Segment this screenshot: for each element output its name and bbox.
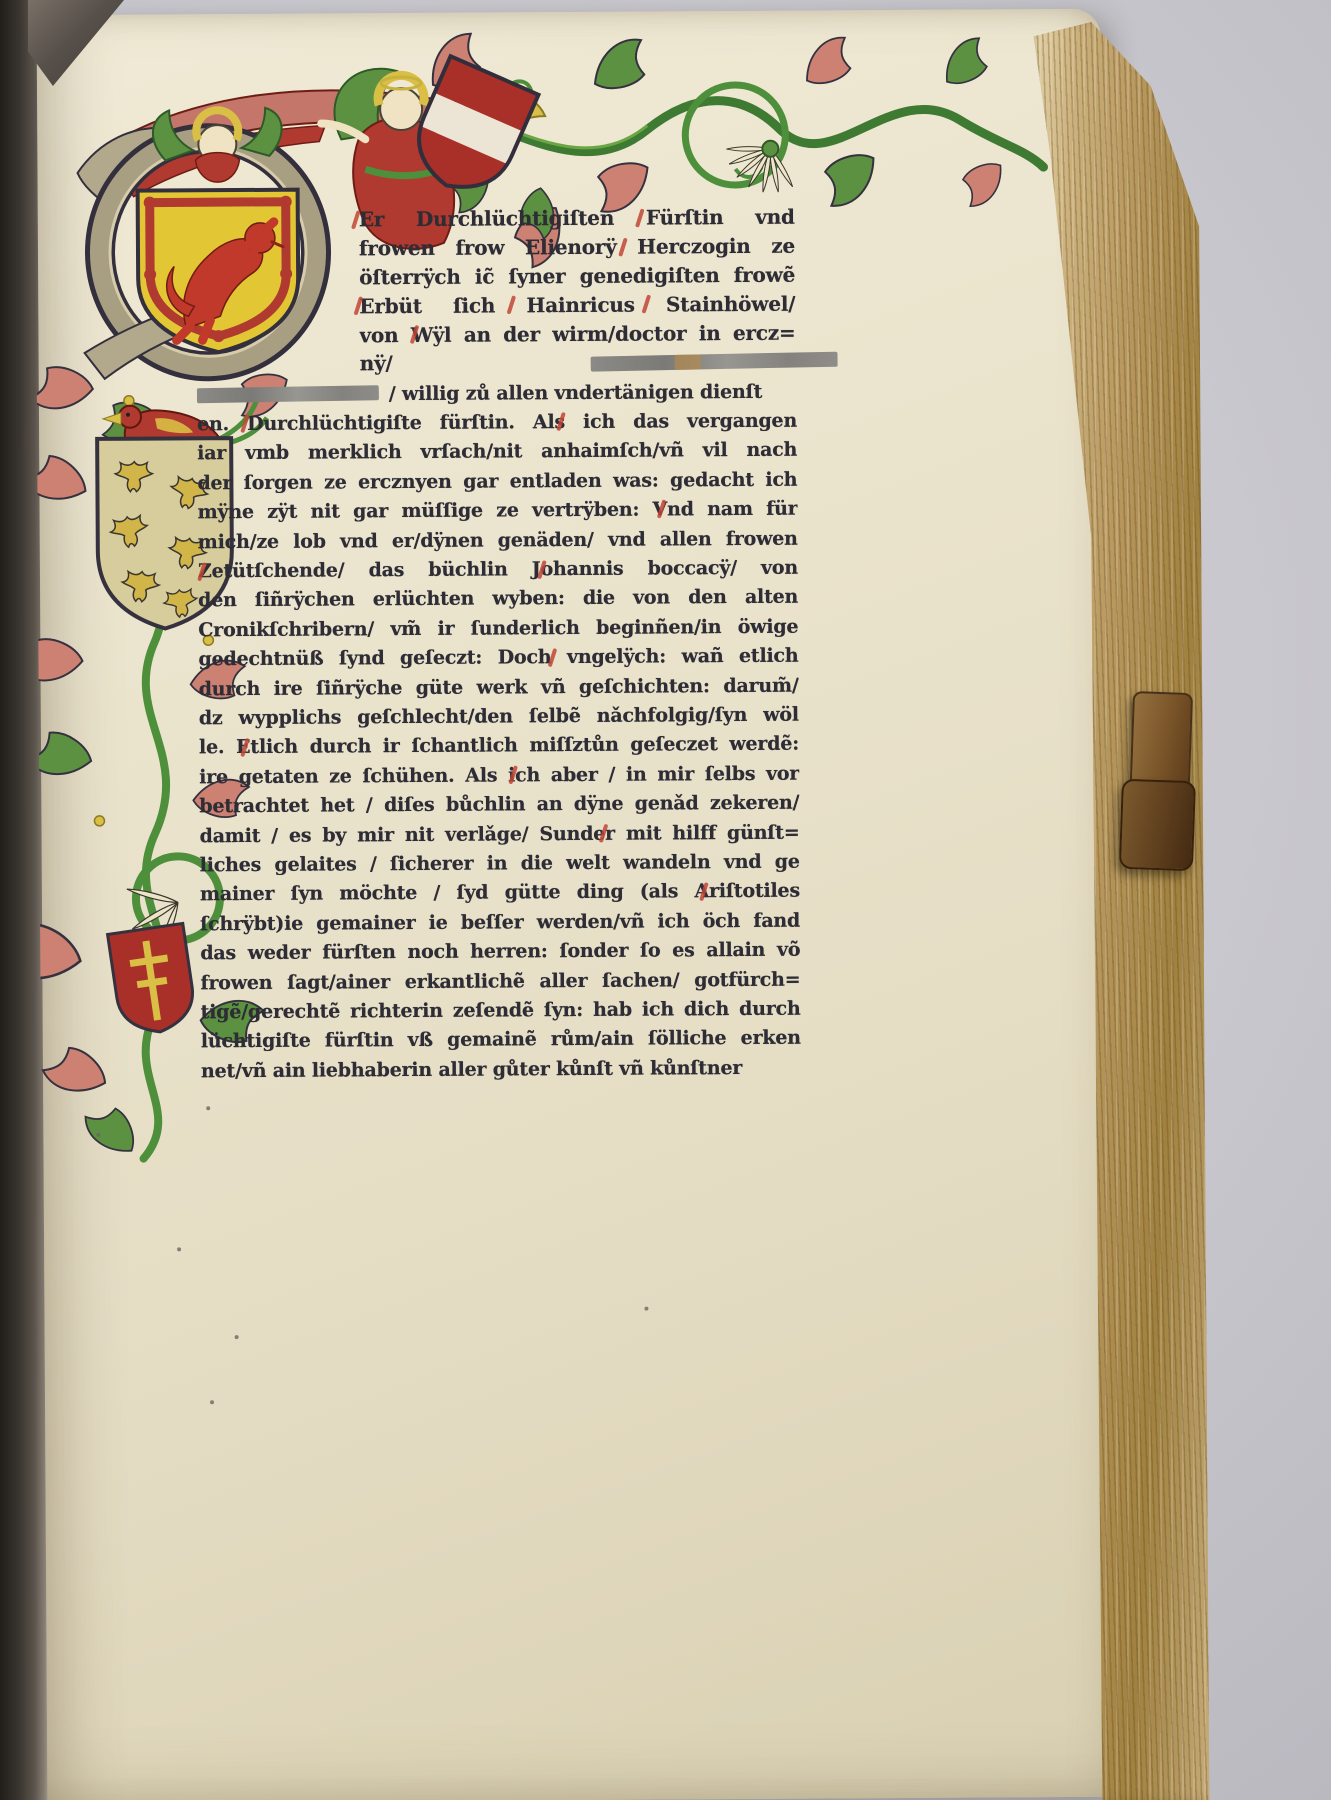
austria-shield bbox=[395, 56, 538, 221]
indent-text-block: Er Durchlüchtigiſten Fürſtin vndfrowen f… bbox=[359, 203, 796, 378]
line-text: damit / es by mir nit verlǎge/ Sunder mi… bbox=[199, 821, 799, 847]
line-text: der ſorgen ze ercznyen gar entladen was:… bbox=[197, 468, 797, 494]
line-text: le. Etlich durch ir ſchantlich miſſztůn … bbox=[199, 733, 799, 759]
text-line: mÿne zÿt nit gar müſſige ze vertrÿben: V… bbox=[197, 494, 797, 527]
initial-angel bbox=[153, 108, 282, 183]
text-line: le. Etlich durch ir ſchantlich miſſztůn … bbox=[199, 729, 799, 762]
text-line: / willig zů allen vndertänigen dienſt bbox=[197, 377, 797, 410]
text-line: gedechtnüß ſynd geſeczt: Doch vngelÿch: … bbox=[198, 641, 798, 674]
line-text: liches gelaites / ſicherer in die welt w… bbox=[200, 851, 800, 877]
text-line: öſterrÿch ic̃ ſyner genedigiſten frowẽ bbox=[359, 260, 795, 291]
body-text-block: / willig zů allen vndertänigen dienſten.… bbox=[197, 377, 801, 1086]
line-text: das weder fürſten noch herren: ſonder ſo… bbox=[200, 939, 800, 965]
lion-shield bbox=[138, 190, 299, 353]
paper-speck bbox=[177, 1247, 181, 1251]
photo-of-incunabulum: { "page_text": { "initial_letter": "D", … bbox=[0, 0, 1331, 1800]
line-text: ire getaten ze ſchühen. Als ich aber / i… bbox=[199, 762, 799, 788]
text-line: ſchrÿbt)ie gemainer ie beſſer werden/vñ … bbox=[200, 906, 800, 939]
book-page: D Er Durchlüchtigiſten Fürſtin vndfrowen… bbox=[37, 9, 1112, 1800]
rubrication-marks bbox=[37, 9, 1101, 15]
paper-speck bbox=[210, 1400, 214, 1404]
text-line: Er Durchlüchtigiſten Fürſtin vnd bbox=[359, 203, 795, 234]
line-text: mich/ze lob vnd er/dÿnen genäden/ vnd al… bbox=[198, 527, 798, 553]
text-line: en. Durchlüchtigiſte fürſtin. Als ich da… bbox=[197, 406, 797, 439]
line-text: frowen ſagt/ainer erkantlichẽ aller ſach… bbox=[200, 968, 800, 994]
text-line: Erbüt ſich Hainricus Stainhöwel/ bbox=[359, 289, 795, 320]
text-line: dz wypplichs geſchlecht/den ſelbẽ nǎchfo… bbox=[199, 700, 799, 733]
text-line: durch ire ſiñrÿche güte werk vñ geſchich… bbox=[199, 671, 799, 704]
initial-d bbox=[77, 127, 317, 379]
line-text: Erbüt ſich Hainricus Stainhöwel/ bbox=[359, 291, 795, 318]
line-text: mainer ſyn möchte / ſyd gütte ding (als … bbox=[200, 880, 800, 906]
text-line: mich/ze lob vnd er/dÿnen genäden/ vnd al… bbox=[198, 524, 798, 557]
line-text: Zetütſchende/ das büchlin Johannis bocca… bbox=[198, 557, 798, 583]
censor-bar bbox=[197, 385, 379, 403]
line-text: dz wypplichs geſchlecht/den ſelbẽ nǎchfo… bbox=[199, 704, 799, 730]
line-text: Er Durchlüchtigiſten Fürſtin vnd bbox=[359, 205, 795, 232]
text-line: den ſiñrÿchen erlüchten wyben: die von d… bbox=[198, 582, 798, 615]
text-line: ire getaten ze ſchühen. Als ich aber / i… bbox=[199, 759, 799, 792]
lion-rampant bbox=[166, 222, 283, 341]
line-text: net/vñ ain liebhaberin aller gůter kůnſt… bbox=[201, 1056, 801, 1082]
line-text: gedechtnüß ſynd geſeczt: Doch vngelÿch: … bbox=[198, 645, 798, 671]
text-line: iar vmb merklich vrſach/nit anhaimſch/vñ… bbox=[197, 435, 797, 468]
line-text: öſterrÿch ic̃ ſyner genedigiſten frowẽ bbox=[359, 263, 795, 290]
line-text: tigẽ/gerechtẽ richterin zeſendẽ ſyn: hab… bbox=[201, 998, 801, 1024]
text-line: frowen ſagt/ainer erkantlichẽ aller ſach… bbox=[200, 964, 800, 997]
text-line: tigẽ/gerechtẽ richterin zeſendẽ ſyn: hab… bbox=[201, 994, 801, 1027]
text-line: das weder fürſten noch herren: ſonder ſo… bbox=[200, 935, 800, 968]
text-line: net/vñ ain liebhaberin aller gůter kůnſt… bbox=[201, 1053, 801, 1086]
paper-speck bbox=[96, 1133, 100, 1137]
line-text: / willig zů allen vndertänigen dienſt bbox=[389, 380, 797, 404]
text-line: Cronikſchribern/ vm̃ ir ſunderlich begin… bbox=[198, 612, 798, 645]
censor-bar bbox=[591, 352, 838, 372]
clasp-strap bbox=[1130, 691, 1193, 791]
text-line: frowen frow Elienorÿ Herczogin ze bbox=[359, 231, 795, 262]
text-line: mainer ſyn möchte / ſyd gütte ding (als … bbox=[200, 876, 800, 909]
top-border-ornament bbox=[370, 27, 1044, 216]
line-text: iar vmb merklich vrſach/nit anhaimſch/vñ… bbox=[197, 439, 797, 465]
text-line: betrachtet het / diſes bůchlin an dÿne g… bbox=[199, 788, 799, 821]
text-line: lüchtigiſte fürſtin vß gemainẽ rům/ain ſ… bbox=[201, 1023, 801, 1056]
text-line: nÿ/ bbox=[360, 346, 838, 378]
clasp-knob bbox=[1119, 779, 1196, 872]
text-line: liches gelaites / ſicherer in die welt w… bbox=[200, 847, 800, 880]
line-text: lüchtigiſte fürſtin vß gemainẽ rům/ain ſ… bbox=[201, 1027, 801, 1053]
cross-shield bbox=[108, 923, 198, 1037]
line-text: en. Durchlüchtigiſte fürſtin. Als ich da… bbox=[197, 410, 797, 436]
line-text: den ſiñrÿchen erlüchten wyben: die von d… bbox=[198, 586, 798, 612]
line-text: Cronikſchribern/ vm̃ ir ſunderlich begin… bbox=[198, 615, 798, 641]
paper-speck bbox=[206, 1106, 210, 1110]
line-text: ſchrÿbt)ie gemainer ie beſſer werden/vñ … bbox=[200, 909, 800, 935]
line-text: betrachtet het / diſes bůchlin an dÿne g… bbox=[199, 792, 799, 818]
text-line: damit / es by mir nit verlǎge/ Sunder mi… bbox=[199, 817, 799, 850]
line-text: durch ire ſiñrÿche güte werk vñ geſchich… bbox=[199, 674, 799, 700]
line-text: nÿ/ bbox=[360, 350, 581, 375]
text-line: von Wÿl an der wirm/doctor in ercz= bbox=[359, 318, 795, 349]
line-text: mÿne zÿt nit gar müſſige ze vertrÿben: V… bbox=[198, 498, 798, 524]
paper-speck bbox=[235, 1335, 239, 1339]
paper-speck bbox=[644, 1307, 648, 1311]
text-line: Zetütſchende/ das büchlin Johannis bocca… bbox=[198, 553, 798, 586]
line-text: frowen frow Elienorÿ Herczogin ze bbox=[359, 234, 795, 261]
text-line: der ſorgen ze ercznyen gar entladen was:… bbox=[197, 465, 797, 498]
line-text: von Wÿl an der wirm/doctor in ercz= bbox=[359, 320, 795, 347]
book-clasp bbox=[1119, 691, 1199, 867]
thistle-flower bbox=[685, 85, 795, 193]
